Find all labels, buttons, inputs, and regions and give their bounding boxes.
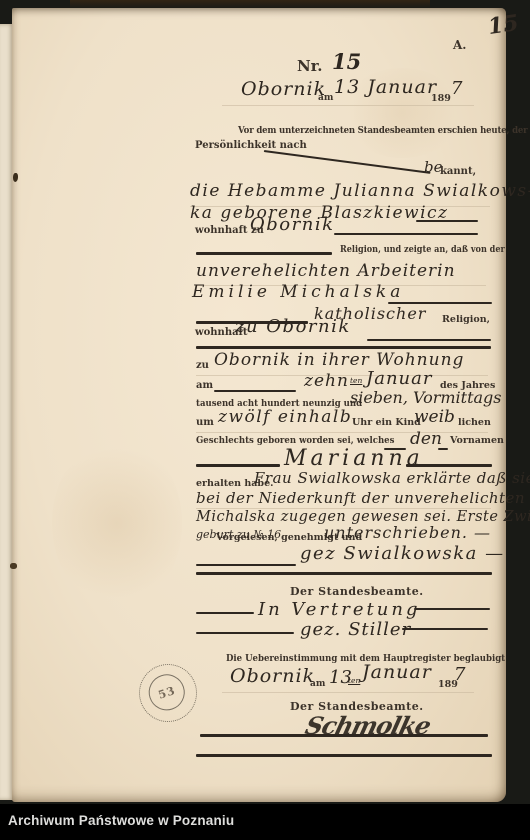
personality-label: Persönlichkeit nach	[195, 140, 307, 151]
religion-clause: Religion, und zeigte an, daß von der	[340, 245, 505, 255]
mother-line1: unverehelichten Arbeiterin	[196, 261, 456, 281]
year-words-handwritten: sieben, Vormittags	[350, 388, 502, 407]
registrar-signature1: gez. Stiller	[300, 619, 411, 640]
fill-line	[214, 390, 296, 392]
fill-line	[334, 233, 478, 235]
uhr-kind-label: Uhr ein Kind	[352, 417, 421, 428]
birth-time: zwölf einhalb	[218, 407, 352, 427]
birth-month: Januar	[366, 368, 432, 389]
fill-line	[414, 608, 490, 610]
geschlechts-clause: Geschlechts geboren worden sei, welches	[196, 435, 394, 446]
fill-line	[196, 252, 332, 255]
in-vertretung: In Vertretung	[258, 599, 420, 620]
crossout-stroke	[264, 150, 431, 174]
paper-stain	[52, 438, 182, 608]
vornamen-label: Vornamen	[450, 435, 504, 446]
fill-line	[196, 564, 296, 566]
stamp-number: 53	[144, 670, 189, 715]
section-letter: A.	[453, 38, 467, 52]
fill-line	[196, 612, 254, 614]
certification-year-handwritten: 7	[454, 664, 465, 685]
declarant-line1: die Hebamme Julianna Swialkows-	[190, 181, 530, 201]
remark-line2: bei der Niederkunft der unverehelichten	[196, 489, 525, 507]
am-label: am	[196, 380, 213, 391]
section-line	[196, 572, 492, 575]
certification-day-suffix: ten	[348, 676, 360, 685]
dateline-place: Obornik	[241, 78, 326, 100]
child-name: Marianna	[284, 446, 424, 471]
mother-line2: Emilie Michalska	[192, 282, 404, 302]
fill-dash	[438, 448, 448, 450]
registrar-label: Der Standesbeamte.	[290, 585, 424, 598]
guide-line	[196, 432, 488, 433]
zu-label: zu	[196, 360, 209, 371]
guide-line	[222, 692, 474, 693]
residence1-value: Obornik	[250, 214, 334, 235]
guide-line	[222, 105, 474, 106]
round-stamp: 53	[131, 656, 204, 729]
fill-line	[367, 339, 491, 341]
declarant-signature: gez Swialkowska —	[300, 543, 505, 564]
scanned-document-view: 15 A. Nr. 15 Obornik am 13 Januar 189 7 …	[0, 0, 530, 840]
religion-label: Religion,	[442, 314, 490, 325]
paper-speck	[13, 173, 18, 182]
fill-line	[402, 628, 488, 630]
dateline-day-month: 13 Januar	[334, 76, 437, 98]
record-number-label: Nr.	[297, 57, 322, 75]
residence2-value: zu Obornik	[235, 316, 351, 337]
dateline-am-label: am	[318, 93, 333, 103]
dateline-year-printed: 189	[431, 93, 451, 104]
page-number: 15	[486, 10, 520, 40]
um-label: um	[196, 417, 214, 428]
record-number-value: 15	[332, 49, 361, 74]
sex-suffix-label: lichen	[458, 417, 491, 428]
watermark-bar: Archiwum Państwowe w Poznaniu	[0, 804, 530, 840]
fill-line	[196, 464, 280, 467]
intro-line: Vor dem unterzeichneten Standesbeamten e…	[238, 125, 527, 136]
section-line	[196, 754, 492, 757]
paper-speck	[10, 563, 17, 569]
document-page: 15 A. Nr. 15 Obornik am 13 Januar 189 7 …	[12, 8, 506, 802]
fill-line	[406, 464, 492, 467]
birth-day-suffix: ten	[350, 376, 362, 385]
birth-day: zehn	[304, 371, 349, 391]
registrar-signature2: Schmolke	[302, 711, 433, 740]
dateline-year-handwritten: 7	[451, 78, 462, 99]
sex-value: weib	[414, 407, 455, 427]
fill-line	[196, 632, 294, 634]
certification-place: Obornik	[230, 665, 315, 687]
birthplace-value: Obornik in ihrer Wohnung	[214, 350, 464, 370]
known-printed: kannt,	[440, 166, 476, 177]
certification-am-label: am	[310, 679, 325, 689]
unterschrieben-handwritten: unterschrieben. —	[324, 523, 491, 542]
remark-line1: Frau Swialkowska erklärte daß sie	[254, 469, 530, 487]
section-line	[196, 346, 491, 349]
archive-watermark-label: Archiwum Państwowe w Poznaniu	[8, 813, 234, 828]
certification-month: Januar	[362, 661, 432, 683]
fill-line	[416, 220, 478, 222]
